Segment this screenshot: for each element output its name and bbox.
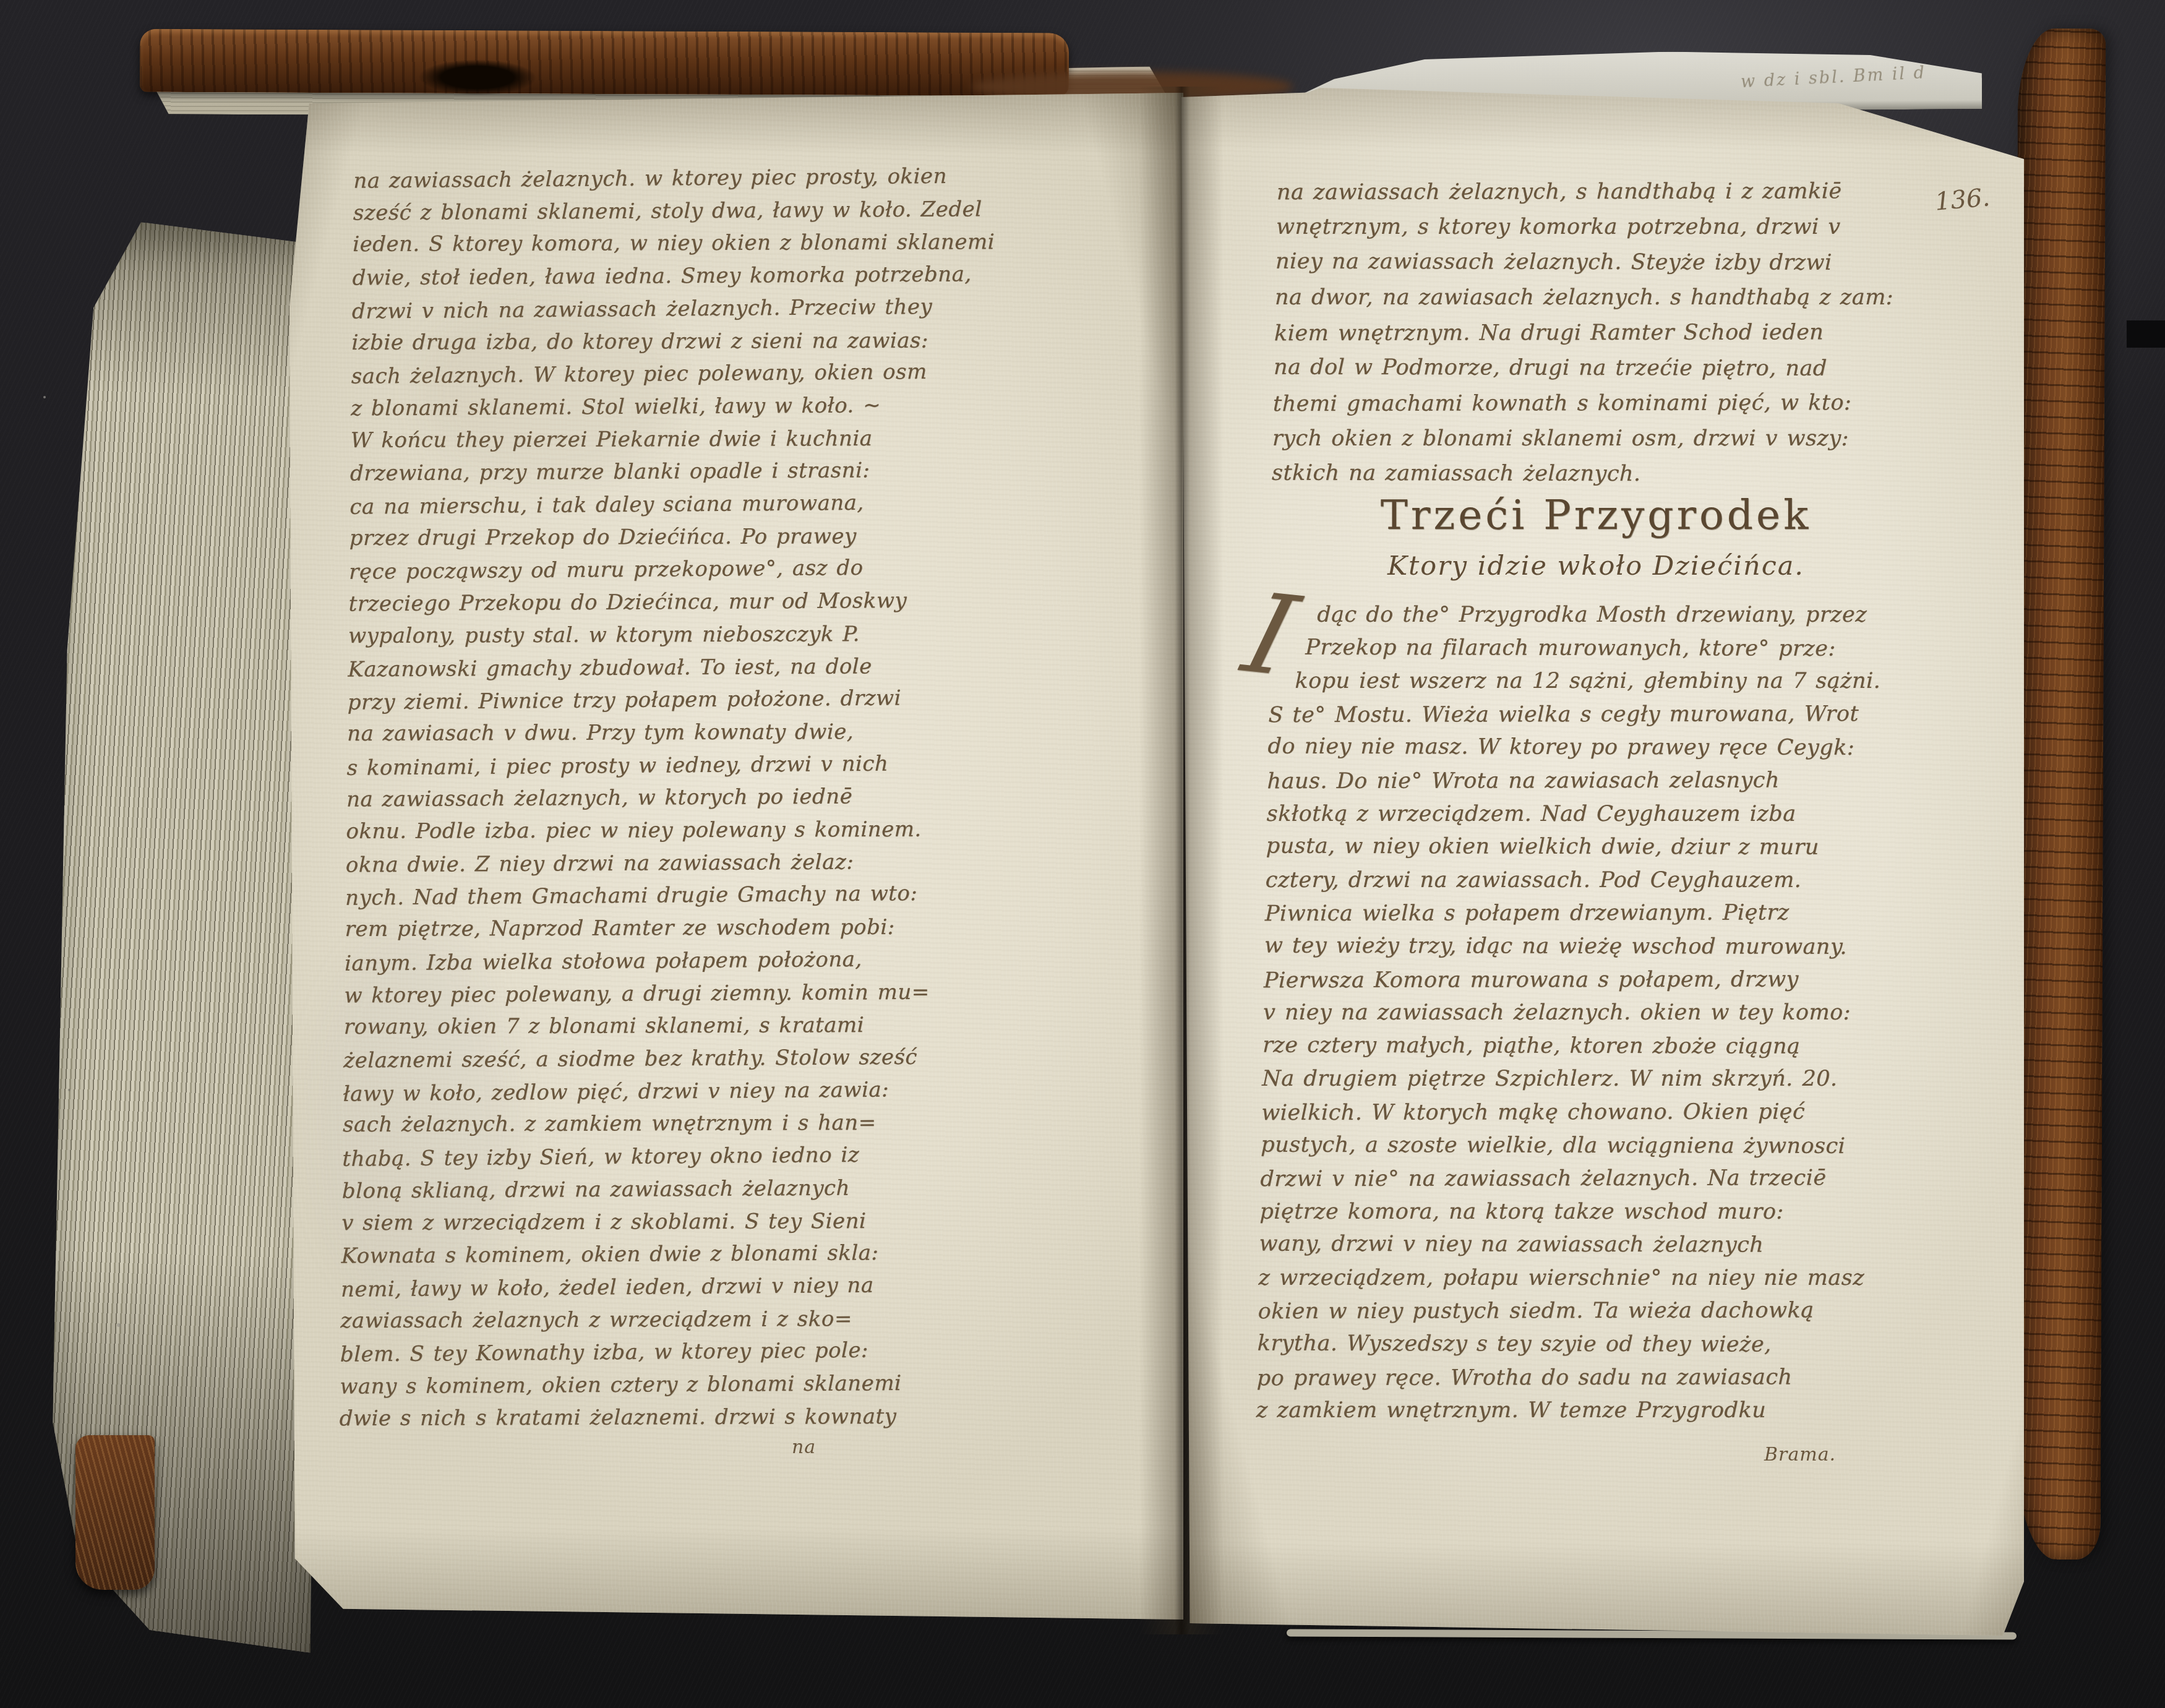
manuscript-line: nemi, ławy w koło, żedel ieden, drzwi v …	[341, 1268, 1046, 1306]
manuscript-line: rem piętrze, Naprzod Ramter ze wschodem …	[345, 911, 1050, 946]
manuscript-line: Piwnica wielka s połapem drzewianym. Pię…	[1264, 896, 1970, 931]
manuscript-line: stkich na zamiassach żelaznych.	[1271, 456, 1958, 493]
manuscript-line: ieden. S ktorey komora, w niey okien z b…	[353, 226, 1058, 261]
manuscript-line: trzeciego Przekopu do Dziećinca, mur od …	[348, 584, 1054, 621]
manuscript-line: w tey wieży trzy, idąc na wieżę wschod m…	[1264, 930, 1970, 964]
manuscript-line: z blonami sklanemi. Stol wielki, ławy w …	[351, 388, 1057, 425]
manuscript-line: żelaznemi sześć, a siodme bez krathy. St…	[343, 1041, 1049, 1078]
manuscript-line: drzwi v nie° na zawiassach żelaznych. Na…	[1260, 1162, 1966, 1196]
manuscript-line: bloną sklianą, drzwi na zawiassach żelaz…	[342, 1170, 1048, 1208]
section-heading: Trzeći Przygrodek	[1206, 491, 1986, 539]
background-object	[2127, 320, 2165, 348]
manuscript-line: okna dwie. Z niey drzwi na zawiassach że…	[346, 844, 1052, 882]
manuscript-line: ławy w koło, zedlow pięć, drzwi v niey n…	[343, 1072, 1048, 1110]
manuscript-line: wany, drzwi v niey na zawiassach żelazny…	[1259, 1228, 1965, 1263]
manuscript-line: themi gmachami kownath s kominami pięć, …	[1273, 385, 1960, 422]
manuscript-line: thabą. S tey izby Sień, w ktorey okno ie…	[342, 1137, 1047, 1175]
manuscript-line: przez drugi Przekop do Dziećińca. Po pra…	[349, 520, 1055, 555]
manuscript-line: ręce począwszy od muru przekopowe°, asz …	[349, 551, 1054, 589]
manuscript-line: dąc do the° Przygrodka Mosth drzewiany, …	[1270, 599, 1976, 632]
manuscript-line: dwie, stoł ieden, ława iedna. Smey komor…	[352, 258, 1058, 295]
manuscript-line: rowany, okien 7 z blonami sklanemi, s kr…	[343, 1008, 1049, 1044]
manuscript-line: kopu iest wszerz na 12 sążni, głembiny n…	[1269, 665, 1974, 698]
manuscript-line: skłotką z wrzeciądzem. Nad Ceyghauzem iz…	[1266, 798, 1972, 831]
manuscript-line: na zawiasach v dwu. Przy tym kownaty dwi…	[347, 715, 1053, 750]
manuscript-line: na dol w Podmorze, drugi na trzećie pięt…	[1273, 350, 1960, 387]
manuscript-line: S te° Mostu. Wieża wielka s cegły murowa…	[1268, 698, 1974, 732]
manuscript-line: pustych, a szoste wielkie, dla wciągnien…	[1261, 1128, 1966, 1163]
manuscript-line: krytha. Wyszedszy s tey szyie od they wi…	[1257, 1328, 1963, 1362]
manuscript-line: na zawiassach żelaznych, w ktorych po ie…	[346, 779, 1052, 817]
manuscript-line: okien w niey pustych siedm. Ta wieża dac…	[1258, 1294, 1963, 1329]
manuscript-line: kiem wnętrznym. Na drugi Ramter Schod ie…	[1274, 315, 1961, 351]
section-subheading: Ktory idzie wkoło Dziećińca.	[1206, 551, 1986, 581]
manuscript-line: Przekop na filarach murowanych, ktore° p…	[1269, 631, 1975, 666]
right-page-opening-text: na zawiassach żelaznych, s handthabą i z…	[1272, 174, 1964, 492]
manuscript-line: zawiassach żelaznych z wrzeciądzem i z s…	[340, 1302, 1046, 1337]
left-page-text: na zawiassach żelaznych. w ktorey piec p…	[339, 160, 1058, 1436]
catchword-right: Brama.	[1764, 1444, 1836, 1466]
manuscript-line: blem. S tey Kownathy izba, w ktorey piec…	[340, 1333, 1045, 1371]
manuscript-line: na zawiassach żelaznych, s handthabą i z…	[1277, 174, 1964, 210]
left-page: na zawiassach żelaznych. w ktorey piec p…	[289, 93, 1183, 1620]
faint-edge-inscription: w dz i sbl. Bm il d	[1740, 63, 1926, 92]
photo-background: w dz i sbl. Bm il d na zawiassach żelazn…	[0, 0, 2165, 1708]
manuscript-line: dwie s nich s kratami żelaznemi. drzwi s…	[339, 1400, 1045, 1435]
manuscript-line: przy ziemi. Piwnice trzy połapem położon…	[348, 681, 1053, 719]
manuscript-line: W końcu they pierzei Piekarnie dwie i ku…	[350, 421, 1056, 457]
manuscript-line: v niey na zawiassach żelaznych. okien w …	[1263, 997, 1969, 1030]
manuscript-line: do niey nie masz. W ktorey po prawey ręc…	[1267, 731, 1973, 765]
manuscript-line: Kazanowski gmachy zbudował. To iest, na …	[348, 649, 1053, 686]
manuscript-line: ianym. Izba wielka stołowa połapem położ…	[345, 942, 1050, 980]
manuscript-line: sześć z blonami sklanemi, stoly dwa, ław…	[353, 192, 1058, 230]
manuscript-line: wany s kominem, okien cztery z blonami s…	[340, 1367, 1045, 1404]
manuscript-line: rze cztery małych, piąthe, ktoren zboże …	[1263, 1029, 1968, 1063]
manuscript-line: wielkich. W ktorych mąkę chowano. Okien …	[1261, 1096, 1967, 1130]
manuscript-line: niey na zawiassach żelaznych. Steyże izb…	[1275, 244, 1962, 281]
catchword-left: na	[792, 1436, 816, 1458]
manuscript-line: drzewiana, przy murze blanki opadle i st…	[350, 453, 1056, 491]
dust-specks	[43, 396, 46, 398]
manuscript-line: s kominami, i piec prosty w iedney, drzw…	[346, 746, 1052, 784]
manuscript-line: Pierwsza Komora murowana s połapem, drzw…	[1264, 963, 1970, 997]
manuscript-line: ca na mierschu, i tak daley sciana murow…	[349, 485, 1055, 523]
manuscript-line: cztery, drzwi na zawiassach. Pod Ceyghau…	[1265, 864, 1971, 898]
manuscript-line: sach żelaznych. z zamkiem wnętrznym i s …	[343, 1106, 1048, 1141]
manuscript-line: nych. Nad them Gmachami drugie Gmachy na…	[345, 877, 1050, 915]
manuscript-line: na dwor, na zawiasach żelaznych. s handt…	[1274, 280, 1961, 315]
manuscript-line: drzwi v nich na zawiassach żelaznych. Pr…	[352, 290, 1057, 328]
right-page-body-text: I dąc do the° Przygrodka Mosth drzewiany…	[1256, 599, 1975, 1428]
manuscript-line: z wrzeciądzem, połapu wierschnie° na nie…	[1258, 1262, 1964, 1295]
manuscript-line: po prawey ręce. Wrotha do sadu na zawias…	[1256, 1360, 1962, 1395]
manuscript-line: w ktorey piec polewany, a drugi ziemny. …	[344, 975, 1050, 1012]
manuscript-line: Na drugiem piętrze Szpichlerz. W nim skr…	[1262, 1063, 1968, 1096]
manuscript-line: pusta, w niey okien wielkich dwie, dziur…	[1266, 830, 1971, 865]
manuscript-line: na zawiassach żelaznych. w ktorey piec p…	[353, 159, 1058, 197]
manuscript-line: oknu. Podle izba. piec w niey polewany s…	[346, 813, 1052, 848]
leather-cover-bottom-left	[75, 1435, 155, 1590]
manuscript-line: sach żelaznych. W ktorey piec polewany, …	[351, 354, 1057, 393]
manuscript-line: v siem z wrzeciądzem i z skoblami. S tey…	[341, 1204, 1047, 1239]
leather-spine-right	[2013, 28, 2106, 1560]
manuscript-line: z zamkiem wnętrznym. W temze Przygrodku	[1256, 1394, 1961, 1428]
manuscript-line: Kownata s kominem, okien dwie z blonami …	[341, 1236, 1047, 1273]
manuscript-line: wypalony, pusty stal. w ktorym nieboszcz…	[348, 617, 1054, 653]
manuscript-line: rych okien z blonami sklanemi osm, drzwi…	[1272, 421, 1960, 457]
manuscript-line: wnętrznym, s ktorey komorka potrzebna, d…	[1275, 210, 1963, 245]
manuscript-line: izbie druga izba, do ktorey drzwi z sien…	[351, 324, 1057, 359]
manuscript-line: piętrze komora, na ktorą takze wschod mu…	[1259, 1196, 1965, 1229]
leather-top-edge	[140, 29, 1069, 97]
right-page: 136. na zawiassach żelaznych, s handthab…	[1181, 88, 2024, 1636]
manuscript-line: haus. Do nie° Wrota na zawiasach zelasny…	[1267, 764, 1973, 799]
